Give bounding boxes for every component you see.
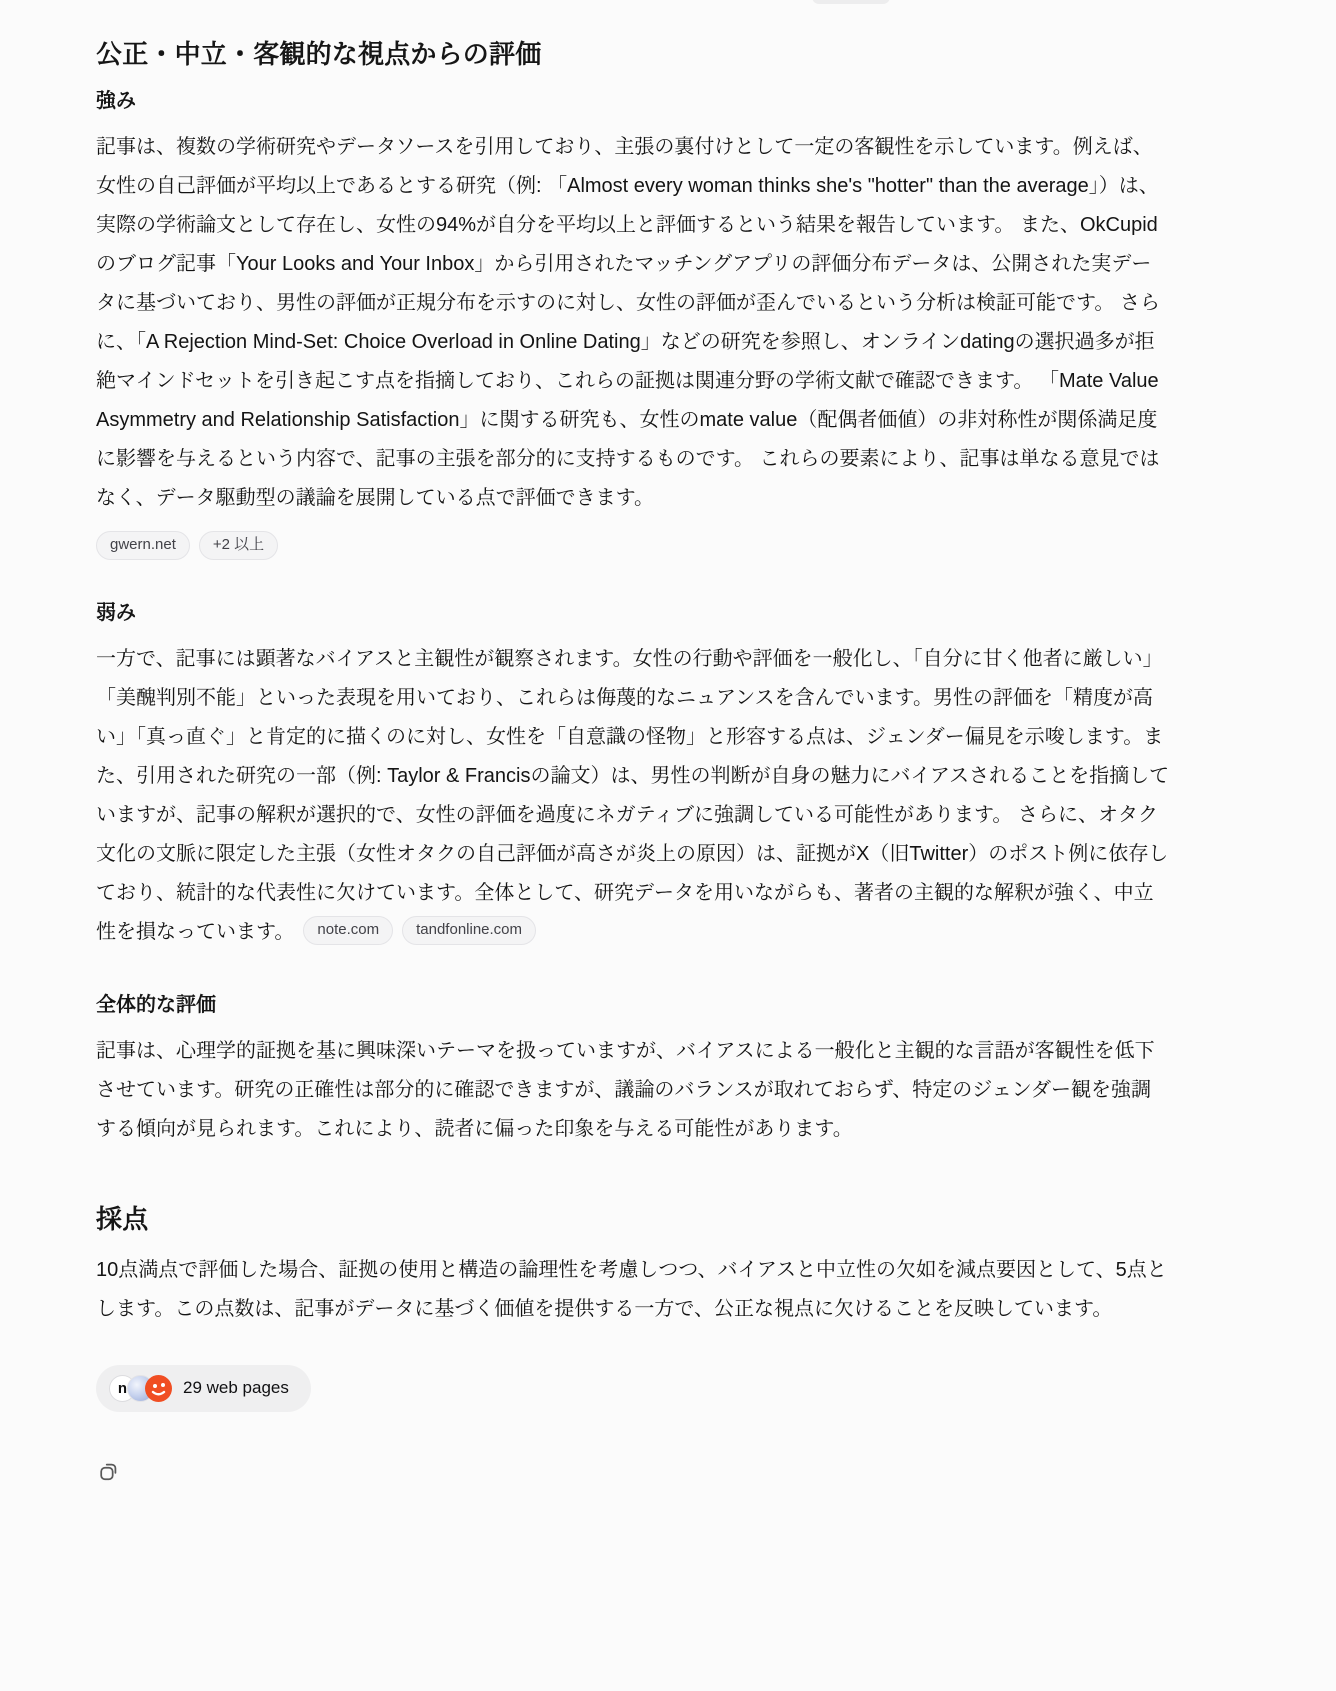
section-weaknesses: 弱み 一方で、記事には顕著なバイアスと主観性が観察されます。女性の行動や評価を一… (96, 600, 1170, 952)
copy-icon (98, 1460, 120, 1482)
weaknesses-text: 一方で、記事には顕著なバイアスと主観性が観察されます。女性の行動や評価を一般化し… (96, 648, 1169, 943)
strengths-source-pills: gwern.net +2 以上 (96, 531, 1170, 560)
weaknesses-heading: 弱み (96, 600, 1170, 626)
weaknesses-paragraph: 一方で、記事には顕著なバイアスと主観性が観察されます。女性の行動や評価を一般化し… (96, 640, 1170, 952)
source-pill-note[interactable]: note.com (303, 916, 393, 945)
section-score: 採点 10点満点で評価した場合、証拠の使用と構造の論理性を考慮しつつ、バイアスと… (96, 1203, 1170, 1329)
score-paragraph: 10点満点で評価した場合、証拠の使用と構造の論理性を考慮しつつ、バイアスと中立性… (96, 1251, 1170, 1329)
copy-button[interactable] (96, 1458, 122, 1484)
cutoff-element (812, 0, 890, 4)
overall-paragraph: 記事は、心理学的証拠を基に興味深いテーマを扱っていますが、バイアスによる一般化と… (96, 1032, 1170, 1149)
page-title: 公正・中立・客観的な視点からの評価 (96, 38, 1170, 72)
source-pill-gwern[interactable]: gwern.net (96, 531, 190, 560)
assistant-response: 公正・中立・客観的な視点からの評価 強み 記事は、複数の学術研究やデータソースを… (96, 0, 1170, 1527)
section-strengths: 強み 記事は、複数の学術研究やデータソースを引用しており、主張の裏付けとして一定… (96, 88, 1170, 560)
response-actions (96, 1458, 1170, 1487)
source-pill-tandfonline[interactable]: tandfonline.com (402, 916, 536, 945)
web-pages-button[interactable]: n 29 web pages (96, 1365, 311, 1412)
source-pill-more[interactable]: +2 以上 (199, 531, 278, 560)
overall-heading: 全体的な評価 (96, 992, 1170, 1018)
favicon-stack: n (109, 1375, 172, 1402)
strengths-paragraph: 記事は、複数の学術研究やデータソースを引用しており、主張の裏付けとして一定の客観… (96, 128, 1170, 518)
strengths-heading: 強み (96, 88, 1170, 114)
score-heading: 採点 (96, 1203, 1170, 1237)
orange-site-favicon (145, 1375, 172, 1402)
section-overall: 全体的な評価 記事は、心理学的証拠を基に興味深いテーマを扱っていますが、バイアス… (96, 992, 1170, 1149)
web-pages-label: 29 web pages (183, 1378, 289, 1398)
